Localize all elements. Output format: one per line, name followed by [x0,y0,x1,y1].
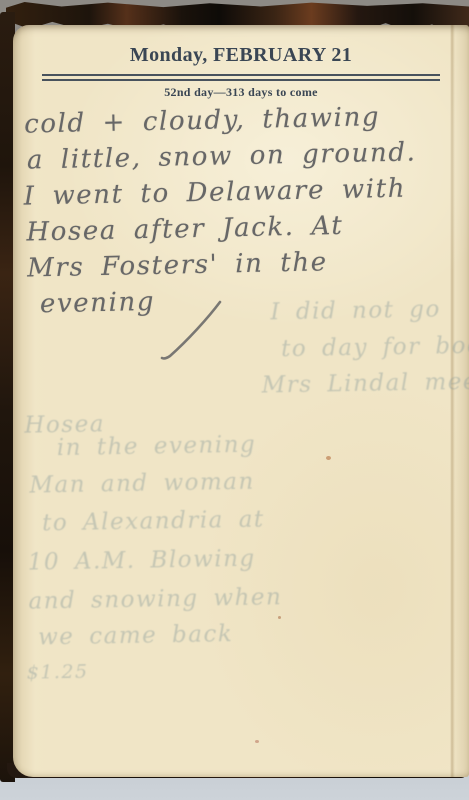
bleedthrough-line: Mrs Lindal meetings [262,368,469,399]
bleedthrough-line: we came back [38,621,234,650]
bleedthrough-line: Man and woman [29,469,255,499]
bleedthrough-line: 10 A.M. Blowing [28,546,256,576]
paper-stain [278,616,281,619]
bleedthrough-line: and snowing when [28,584,282,614]
diary-page-scan: Monday, FEBRUARY 21 52nd day—313 days to… [0,0,469,800]
bleedthrough-line: in the evening [57,432,257,461]
bleedthrough-line: to day for book [281,332,469,362]
pen-flourish-stroke [158,300,228,362]
bleedthrough-line: to Alexandria at [42,506,265,536]
pencil-diary-entry: cold + cloudy, thawing a little, snow on… [22,97,466,322]
paper-stain [326,456,331,460]
paper-stain [255,740,259,743]
bleedthrough-line: $1.25 [27,661,89,684]
